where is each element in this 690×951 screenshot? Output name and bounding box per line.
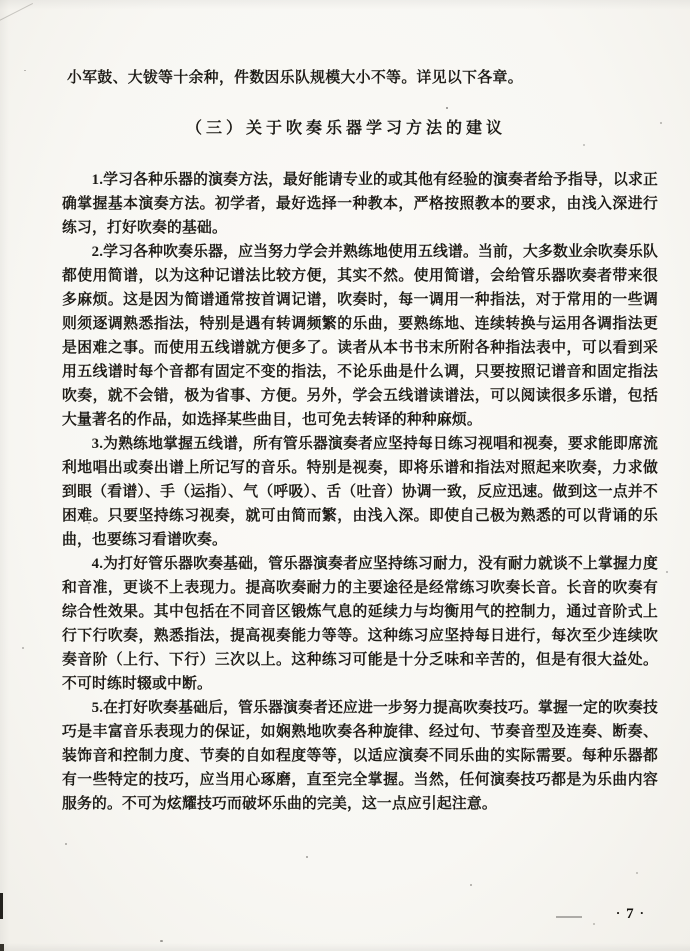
scan-speckle [583, 144, 585, 146]
page-number: ·7· [616, 905, 644, 923]
scan-edge-mark [0, 893, 3, 919]
continuation-text: 小军鼓、大钹等十余种，件数因乐队规模大小不等。详见以下各章。 [62, 66, 658, 90]
body-text: 1.学习各种乐器的演奏方法，最好能请专业的或其他有经验的演奏者给予指导，以求正确… [62, 168, 658, 816]
scan-edge-mark-bottom [0, 944, 4, 951]
paragraph-3: 3.为熟练地掌握五线谱，所有管乐器演奏者应坚持每日练习视唱和视奏，要求能即席流利… [62, 432, 658, 552]
page-number-dot-right: · [640, 905, 644, 920]
scan-speckle [88, 522, 90, 524]
scan-speckle [636, 872, 638, 874]
scan-speckle [65, 843, 67, 845]
scan-corner-line [0, 3, 33, 22]
scan-speckle [660, 122, 662, 124]
scan-smudge [556, 916, 582, 918]
paragraph-4: 4.为打好管乐器吹奏基础，管乐器演奏者应坚持练习耐力，没有耐力就谈不上掌握力度和… [62, 552, 658, 696]
page-number-dot-left: · [616, 905, 620, 920]
page-content: 小军鼓、大钹等十余种，件数因乐队规模大小不等。详见以下各章。 （三）关于吹奏乐器… [62, 66, 658, 816]
paragraph-2: 2.学习各种吹奏乐器，应当努力学会并熟练地使用五线谱。当前，大多数业余吹奏乐队都… [62, 240, 658, 432]
section-heading: （三）关于吹奏乐器学习方法的建议 [48, 116, 644, 142]
scan-speckle [666, 571, 668, 573]
page-number-value: 7 [626, 906, 634, 922]
scan-speckle [24, 70, 26, 71]
scan-speckle [306, 856, 308, 858]
scanned-book-page: 小军鼓、大钹等十余种，件数因乐队规模大小不等。详见以下各章。 （三）关于吹奏乐器… [0, 0, 690, 951]
scan-speckle [470, 884, 472, 886]
scan-speckle [160, 940, 163, 942]
scan-speckle [22, 647, 24, 649]
paragraph-1: 1.学习各种乐器的演奏方法，最好能请专业的或其他有经验的演奏者给予指导，以求正确… [62, 168, 658, 240]
scan-speckle [593, 923, 595, 925]
scan-speckle [446, 107, 448, 109]
paragraph-5: 5.在打好吹奏基础后，管乐器演奏者还应进一步努力提高吹奏技巧。掌握一定的吹奏技巧… [62, 696, 658, 816]
